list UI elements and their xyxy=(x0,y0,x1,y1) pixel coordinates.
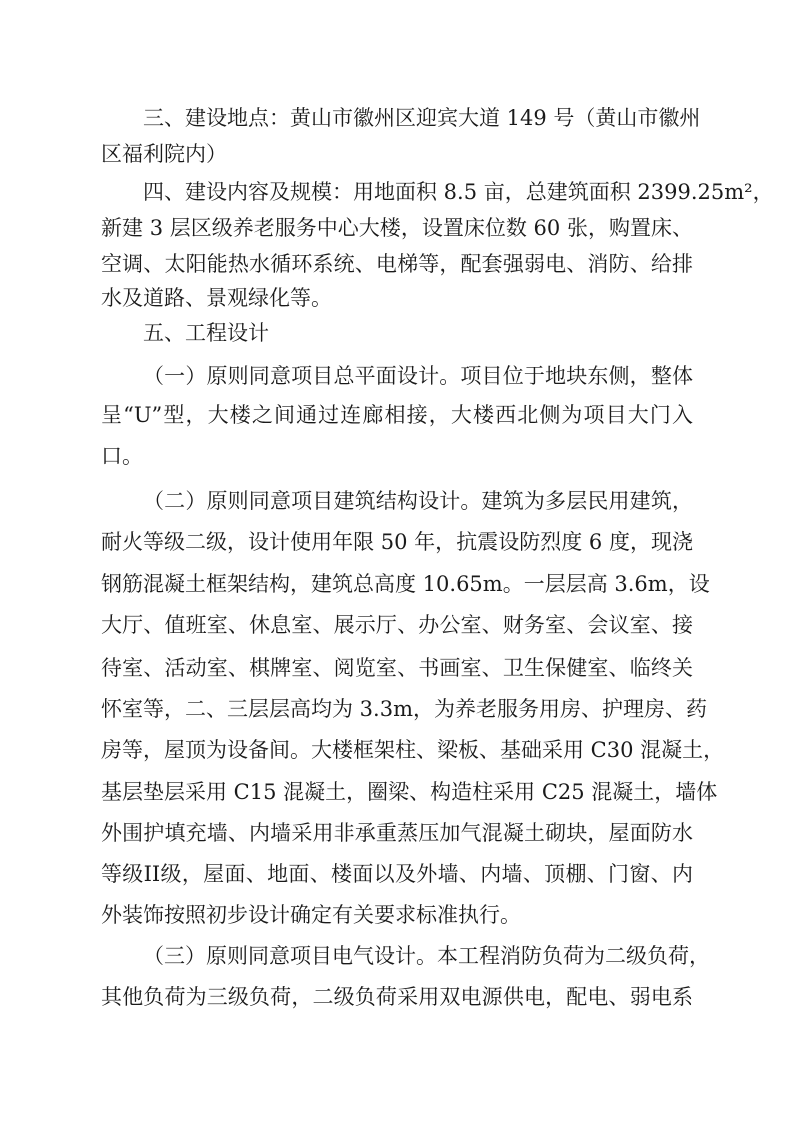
section-heading-design: 五、工程设计 xyxy=(143,318,693,348)
paragraph-structure-line-8: 基层垫层采用 C15 混凝土，圈梁、构造柱采用 C25 混凝土，墙体 xyxy=(101,777,693,807)
paragraph-location-line-2: 区福利院内） xyxy=(101,139,693,169)
paragraph-structure-line-1: （二）原则同意项目建筑结构设计。建筑为多层民用建筑， xyxy=(143,486,693,516)
paragraph-structure-line-6: 怀室等，二、三层层高均为 3.3m，为养老服务用房、护理房、药 xyxy=(101,694,693,724)
paragraph-electrical-line-2: 其他负荷为三级负荷，二级负荷采用双电源供电，配电、弱电系 xyxy=(101,982,693,1012)
paragraph-structure-line-11: 外装饰按照初步设计确定有关要求标准执行。 xyxy=(101,900,693,930)
paragraph-structure-line-5: 待室、活动室、棋牌室、阅览室、书画室、卫生保健室、临终关 xyxy=(101,653,693,683)
paragraph-location-line-1: 三、建设地点：黄山市徽州区迎宾大道 149 号（黄山市徽州 xyxy=(143,103,693,133)
paragraph-scale-line-2: 新建 3 层区级养老服务中心大楼，设置床位数 60 张，购置床、 xyxy=(101,213,693,243)
paragraph-scale-line-1: 四、建设内容及规模：用地面积 8.5 亩，总建筑面积 2399.25m²， xyxy=(143,177,693,207)
paragraph-structure-line-10: 等级II级，屋面、地面、楼面以及外墙、内墙、顶棚、门窗、内 xyxy=(101,859,693,889)
paragraph-site-plan-line-2: 呈“U”型，大楼之间通过连廊相接，大楼西北侧为项目大门入 xyxy=(101,400,693,430)
paragraph-structure-line-9: 外围护填充墙、内墙采用非承重蒸压加气混凝土砌块，屋面防水 xyxy=(101,818,693,848)
paragraph-structure-line-3: 钢筋混凝土框架结构，建筑总高度 10.65m。一层层高 3.6m，设 xyxy=(101,569,693,599)
paragraph-structure-line-2: 耐火等级二级，设计使用年限 50 年，抗震设防烈度 6 度，现浇 xyxy=(101,527,693,557)
paragraph-site-plan-line-1: （一）原则同意项目总平面设计。项目位于地块东侧，整体 xyxy=(143,361,693,391)
paragraph-structure-line-4: 大厅、值班室、休息室、展示厅、办公室、财务室、会议室、接 xyxy=(101,610,693,640)
paragraph-electrical-line-1: （三）原则同意项目电气设计。本工程消防负荷为二级负荷， xyxy=(143,941,693,971)
paragraph-scale-line-4: 水及道路、景观绿化等。 xyxy=(101,283,693,313)
paragraph-structure-line-7: 房等，屋顶为设备间。大楼框架柱、梁板、基础采用 C30 混凝土， xyxy=(101,735,693,765)
paragraph-scale-line-3: 空调、太阳能热水循环系统、电梯等，配套强弱电、消防、给排 xyxy=(101,249,693,279)
paragraph-site-plan-line-3: 口。 xyxy=(101,441,693,471)
document-page: 三、建设地点：黄山市徽州区迎宾大道 149 号（黄山市徽州 区福利院内） 四、建… xyxy=(0,0,793,1122)
